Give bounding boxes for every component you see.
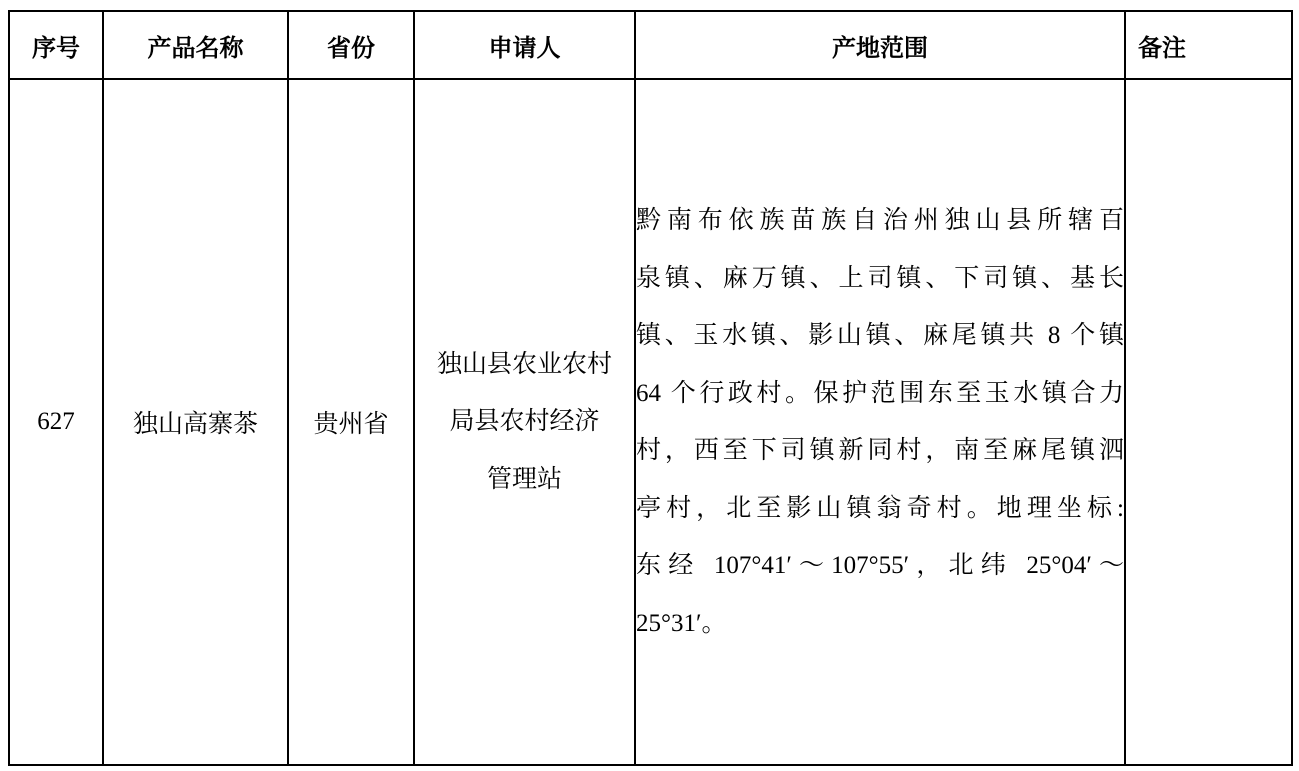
gi-products-table: 序号 产品名称 省份 申请人 产地范围 备注 627 独山高寨茶 贵州省 独山县… [8,10,1293,766]
region-text: 黔南布依族苗族自治州独山县所辖百泉镇、麻万镇、上司镇、下司镇、基长镇、玉水镇、影… [636,192,1124,652]
text-line: 25°31′。 [636,595,1124,653]
header-cell-index: 序号 [9,11,103,79]
text-line: 泉镇、麻万镇、上司镇、下司镇、基长 [636,250,1124,308]
header-cell-applicant: 申请人 [414,11,635,79]
cell-product-name: 独山高寨茶 [103,79,288,765]
table-row: 627 独山高寨茶 贵州省 独山县农业农村局县农村经济管理站 黔南布依族苗族自治… [9,79,1292,765]
cell-applicant: 独山县农业农村局县农村经济管理站 [414,79,635,765]
cell-index: 627 [9,79,103,765]
cell-province: 贵州省 [288,79,414,765]
text-line: 局县农村经济 [415,393,634,451]
header-cell-product: 产品名称 [103,11,288,79]
header-cell-province: 省份 [288,11,414,79]
header-cell-note: 备注 [1125,11,1292,79]
text-line: 东经 107°41′～107°55′，北纬 25°04′～ [636,537,1124,595]
text-line: 独山县农业农村 [415,336,634,394]
text-line: 镇、玉水镇、影山镇、麻尾镇共 8 个镇 [636,307,1124,365]
text-line: 黔南布依族苗族自治州独山县所辖百 [636,192,1124,250]
header-cell-region: 产地范围 [635,11,1125,79]
cell-note [1125,79,1292,765]
text-line: 管理站 [415,451,634,509]
text-line: 64 个行政村。保护范围东至玉水镇合力 [636,365,1124,423]
cell-region-description: 黔南布依族苗族自治州独山县所辖百泉镇、麻万镇、上司镇、下司镇、基长镇、玉水镇、影… [635,79,1125,765]
header-row: 序号 产品名称 省份 申请人 产地范围 备注 [9,11,1292,79]
applicant-text: 独山县农业农村局县农村经济管理站 [415,336,634,509]
text-line: 亭村，北至影山镇翁奇村。地理坐标: [636,480,1124,538]
document-page: 序号 产品名称 省份 申请人 产地范围 备注 627 独山高寨茶 贵州省 独山县… [0,0,1299,771]
text-line: 村，西至下司镇新同村，南至麻尾镇泗 [636,422,1124,480]
